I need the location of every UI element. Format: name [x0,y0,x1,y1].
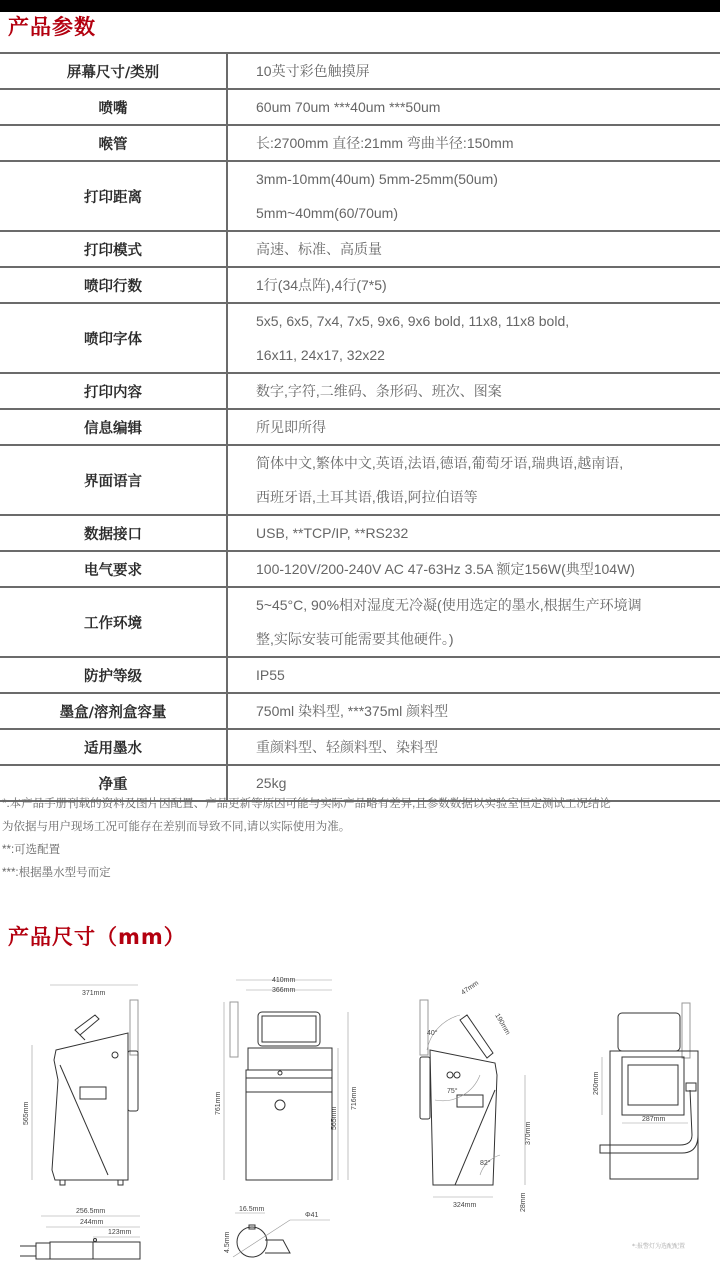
spec-value-line: 60um 70um ***40um ***50um [256,90,720,124]
top-bar [0,0,720,12]
dim-410: 410mm [272,977,296,984]
dim-370: 370mm [525,1121,532,1145]
spec-value-line: 所见即所得 [256,410,720,444]
spec-value-line: IP55 [256,658,720,692]
dim-260: 260mm [593,1071,600,1095]
spec-value-line: 数字,字符,二维码、条形码、班次、图案 [256,374,720,408]
dim-28: 28mm [520,1192,527,1212]
spec-value: 高速、标准、高质量 [227,231,720,267]
spec-label: 打印模式 [0,231,227,267]
spec-value-line: 16x11, 24x17, 32x22 [256,338,720,372]
spec-label: 喷印行数 [0,267,227,303]
spec-value: 5~45°C, 90%相对湿度无冷凝(使用选定的墨水,根据生产环境调整,实际安装… [227,587,720,657]
section-title-dimensions: 产品尺寸（mm） [8,921,186,951]
note-1: *:本产品手册刊载的资料及图片因配置、产品更新等原因可能与实际产品略有差异,且参… [2,793,718,816]
spec-label: 墨盒/溶剂盒容量 [0,693,227,729]
dim-47: 47mm [460,980,480,997]
spec-row: 电气要求100-120V/200-240V AC 47-63Hz 3.5A 额定… [0,551,720,587]
spec-value: 60um 70um ***40um ***50um [227,89,720,125]
side-view-right-drawing: 47mm 190mm 40° 75° 82° 324mm 370mm 28mm [405,975,545,1215]
dim-366: 366mm [272,987,296,994]
spec-row: 打印距离3mm-10mm(40um) 5mm-25mm(50um)5mm~40m… [0,161,720,231]
spec-value-line: 高速、标准、高质量 [256,232,720,266]
spec-label: 适用墨水 [0,729,227,765]
spec-label: 工作环境 [0,587,227,657]
dim-371: 371mm [82,990,106,997]
spec-row: 喉管长:2700mm 直径:21mm 弯曲半径:150mm [0,125,720,161]
dim-716: 716mm [351,1086,358,1110]
spec-value-line: 100-120V/200-240V AC 47-63Hz 3.5A 额定156W… [256,552,720,586]
spec-value-line: 长:2700mm 直径:21mm 弯曲半径:150mm [256,126,720,160]
spec-label: 电气要求 [0,551,227,587]
spec-row: 墨盒/溶剂盒容量750ml 染料型, ***375ml 颜料型 [0,693,720,729]
spec-value: 长:2700mm 直径:21mm 弯曲半径:150mm [227,125,720,161]
spec-value: 数字,字符,二维码、条形码、班次、图案 [227,373,720,409]
spec-value: 所见即所得 [227,409,720,445]
dim-123: 123mm [108,1229,132,1236]
dim-190: 190mm [493,1013,511,1037]
note-4: ***:根据墨水型号而定 [2,862,718,885]
spec-label: 界面语言 [0,445,227,515]
note-3: **:可选配置 [2,839,718,862]
spec-value-line: 1行(34点阵),4行(7*5) [256,268,720,302]
note-2: 为依据与用户现场工况可能存在差别而导致不同,请以实际使用为准。 [2,816,718,839]
dim-565: 565mm [23,1101,30,1125]
spec-value: 10英寸彩色触摸屏 [227,53,720,89]
side-view-left-drawing: 371mm 565mm [20,975,160,1185]
nozzle-drawing: 16.5mm 4.5mm Φ41 [215,1205,345,1265]
spec-value-line: 10英寸彩色触摸屏 [256,54,720,88]
spec-label: 防护等级 [0,657,227,693]
spec-label: 打印距离 [0,161,227,231]
spec-row: 适用墨水重颜料型、轻颜料型、染料型 [0,729,720,765]
back-view-drawing: 260mm 287mm [580,995,720,1195]
spec-value: 1行(34点阵),4行(7*5) [227,267,720,303]
dim-565-front: 565mm [331,1106,338,1130]
spec-label: 信息编辑 [0,409,227,445]
spec-label: 屏幕尺寸/类别 [0,53,227,89]
spec-row: 信息编辑所见即所得 [0,409,720,445]
dim-761: 761mm [215,1091,222,1115]
spec-value: 3mm-10mm(40um) 5mm-25mm(50um)5mm~40mm(60… [227,161,720,231]
spec-value: USB, **TCP/IP, **RS232 [227,515,720,551]
spec-row: 喷印行数1行(34点阵),4行(7*5) [0,267,720,303]
spec-value-line: 简体中文,繁体中文,英语,法语,德语,葡萄牙语,瑞典语,越南语, [256,446,720,480]
spec-value-line: 5x5, 6x5, 7x4, 7x5, 9x6, 9x6 bold, 11x8,… [256,304,720,338]
dim-phi41: Φ41 [305,1212,318,1219]
spec-label: 打印内容 [0,373,227,409]
spec-value-line: 5~45°C, 90%相对湿度无冷凝(使用选定的墨水,根据生产环境调 [256,588,720,622]
spec-value: 5x5, 6x5, 7x4, 7x5, 9x6, 9x6 bold, 11x8,… [227,303,720,373]
spec-value: 750ml 染料型, ***375ml 颜料型 [227,693,720,729]
dim-4-5: 4.5mm [224,1231,231,1253]
spec-row: 喷印字体5x5, 6x5, 7x4, 7x5, 9x6, 9x6 bold, 1… [0,303,720,373]
dim-287: 287mm [642,1116,666,1123]
angle-40: 40° [427,1029,438,1037]
spec-value: 重颜料型、轻颜料型、染料型 [227,729,720,765]
spec-value-line: USB, **TCP/IP, **RS232 [256,516,720,550]
spec-row: 打印内容数字,字符,二维码、条形码、班次、图案 [0,373,720,409]
spec-row: 工作环境5~45°C, 90%相对湿度无冷凝(使用选定的墨水,根据生产环境调整,… [0,587,720,657]
spec-row: 喷嘴60um 70um ***40um ***50um [0,89,720,125]
angle-75: 75° [447,1087,458,1095]
spec-row: 屏幕尺寸/类别10英寸彩色触摸屏 [0,53,720,89]
spec-value-line: 3mm-10mm(40um) 5mm-25mm(50um) [256,162,720,196]
spec-value-line: 西班牙语,土耳其语,俄语,阿拉伯语等 [256,480,720,514]
spec-value: 100-120V/200-240V AC 47-63Hz 3.5A 额定156W… [227,551,720,587]
spec-value-line: 750ml 染料型, ***375ml 颜料型 [256,694,720,728]
spec-row: 防护等级IP55 [0,657,720,693]
printhead-drawing: 256.5mm 244mm 123mm [18,1200,148,1260]
dim-256-5: 256.5mm [76,1208,105,1215]
front-view-drawing: 410mm 366mm 761mm 565mm 716mm [210,970,360,1190]
spec-table: 屏幕尺寸/类别10英寸彩色触摸屏喷嘴60um 70um ***40um ***5… [0,52,720,802]
alarm-light-footnote: *:报警灯为选配配置 [632,1241,685,1250]
spec-label: 喷印字体 [0,303,227,373]
spec-row: 数据接口USB, **TCP/IP, **RS232 [0,515,720,551]
spec-label: 喉管 [0,125,227,161]
spec-value-line: 5mm~40mm(60/70um) [256,196,720,230]
spec-value: IP55 [227,657,720,693]
spec-row: 界面语言简体中文,繁体中文,英语,法语,德语,葡萄牙语,瑞典语,越南语,西班牙语… [0,445,720,515]
spec-label: 数据接口 [0,515,227,551]
notes: *:本产品手册刊载的资料及图片因配置、产品更新等原因可能与实际产品略有差异,且参… [2,793,718,885]
dim-16-5: 16.5mm [239,1206,264,1213]
spec-value-line: 重颜料型、轻颜料型、染料型 [256,730,720,764]
dim-324: 324mm [453,1202,477,1209]
spec-value-line: 整,实际安装可能需要其他硬件。) [256,622,720,656]
angle-82: 82° [480,1159,491,1167]
spec-value: 简体中文,繁体中文,英语,法语,德语,葡萄牙语,瑞典语,越南语,西班牙语,土耳其… [227,445,720,515]
spec-row: 打印模式高速、标准、高质量 [0,231,720,267]
section-title-specs: 产品参数 [8,11,96,41]
dim-244: 244mm [80,1219,104,1226]
spec-label: 喷嘴 [0,89,227,125]
